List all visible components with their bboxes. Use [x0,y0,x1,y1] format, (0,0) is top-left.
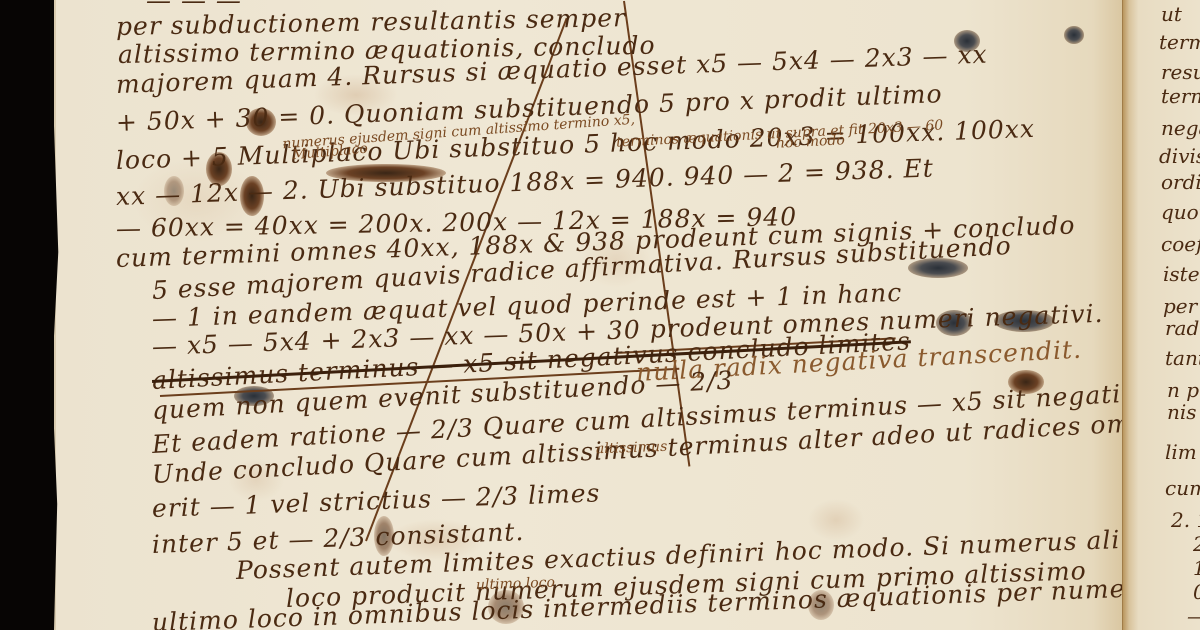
side-page-line: 0 [1193,580,1200,604]
dark-background [0,0,56,630]
side-page-line: lim [1165,440,1197,464]
side-page-line: ordine [1161,170,1200,194]
adjacent-page-edge: ut termi resulta termi negat divisor ord… [1122,0,1200,630]
side-page-line: divisor [1159,144,1200,168]
side-page-line: per [1163,294,1197,318]
side-page-line: negat [1161,116,1200,140]
side-page-line: termi [1161,84,1200,108]
interlinear-note: ultimo loco [476,575,555,594]
side-page-line: termi [1159,30,1200,54]
side-page-line: radi [1165,316,1200,340]
side-page-line: 2 [1193,532,1200,556]
manuscript-page: — — — per subductionem resultantis sempe… [54,0,1124,630]
side-page-line: nis [1167,400,1197,424]
side-page-line: cum [1165,476,1200,500]
side-page-line: resulta [1161,60,1200,84]
ink-blot [1064,26,1084,44]
side-page-line: — 1 [1187,604,1200,628]
side-page-line: coeffi [1161,232,1200,256]
side-page-line: n p [1167,378,1199,402]
side-page-line: 1 [1193,556,1200,580]
interlinear-note: altissimus [596,439,668,457]
side-page-line: iste [1163,262,1200,286]
side-page-line: tanta [1165,346,1200,370]
side-page-line: ut [1161,2,1182,26]
side-page-line: quot [1161,200,1200,224]
side-page-line: 2. 1. [1171,508,1200,532]
